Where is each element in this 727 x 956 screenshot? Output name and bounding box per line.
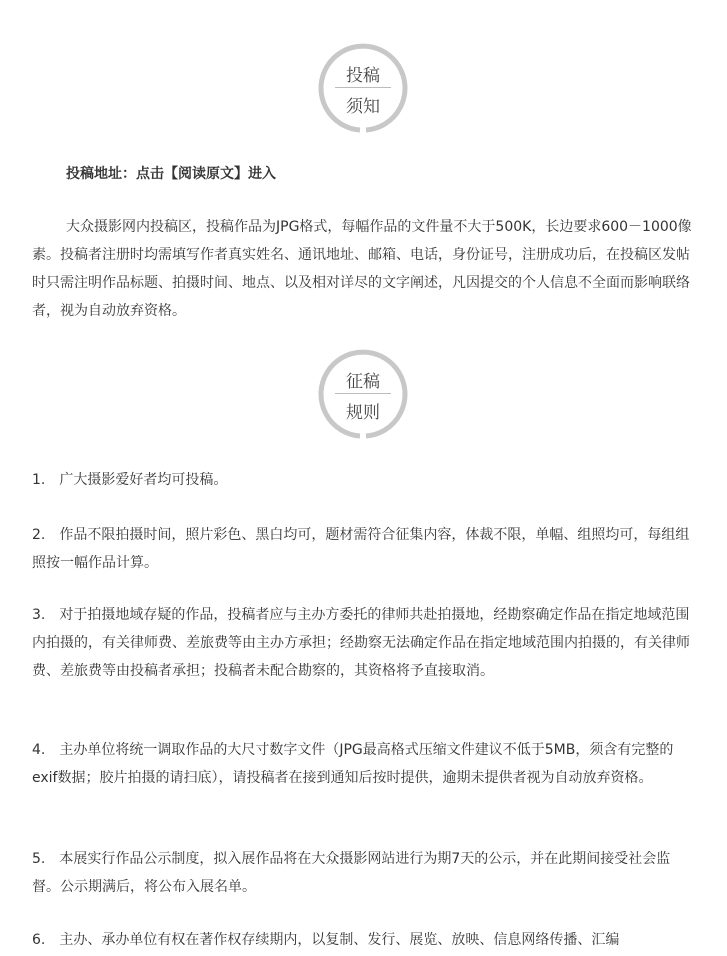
rule-item-3: 3. 对于拍摄地域存疑的作品，投稿者应与主办方委托的律师共赴拍摄地，经勘察确定作… (32, 601, 692, 685)
badge-title-top: 征稿 (317, 367, 409, 392)
badge-divider (335, 393, 391, 394)
section-badge-rules: 征稿 规则 (317, 348, 409, 440)
rule-item-1: 1. 广大摄影爱好者均可投稿。 (32, 466, 692, 494)
submission-address: 投稿地址：点击【阅读原文】进入 (66, 160, 726, 188)
circle-ring-icon (317, 42, 409, 134)
badge-title-bottom: 须知 (317, 92, 409, 117)
badge-title-top: 投稿 (317, 61, 409, 86)
badge-title-bottom: 规则 (317, 398, 409, 423)
badge-divider (335, 87, 391, 88)
rule-item-5: 5. 本展实行作品公示制度，拟入展作品将在大众摄影网站进行为期7天的公示，并在此… (32, 845, 692, 901)
rule-item-6: 6. 主办、承办单位有权在著作权存续期内，以复制、发行、展览、放映、信息网络传播… (32, 926, 692, 954)
intro-paragraph: 大众摄影网内投稿区，投稿作品为JPG格式，每幅作品的文件量不大于500K，长边要… (32, 213, 692, 325)
circle-ring-icon (317, 348, 409, 440)
rule-item-4: 4. 主办单位将统一调取作品的大尺寸数字文件（JPG最高格式压缩文件建议不低于5… (32, 736, 692, 792)
section-badge-submission-notice: 投稿 须知 (317, 42, 409, 134)
rule-item-2: 2. 作品不限拍摄时间，照片彩色、黑白均可，题材需符合征集内容，体裁不限，单幅、… (32, 521, 692, 577)
